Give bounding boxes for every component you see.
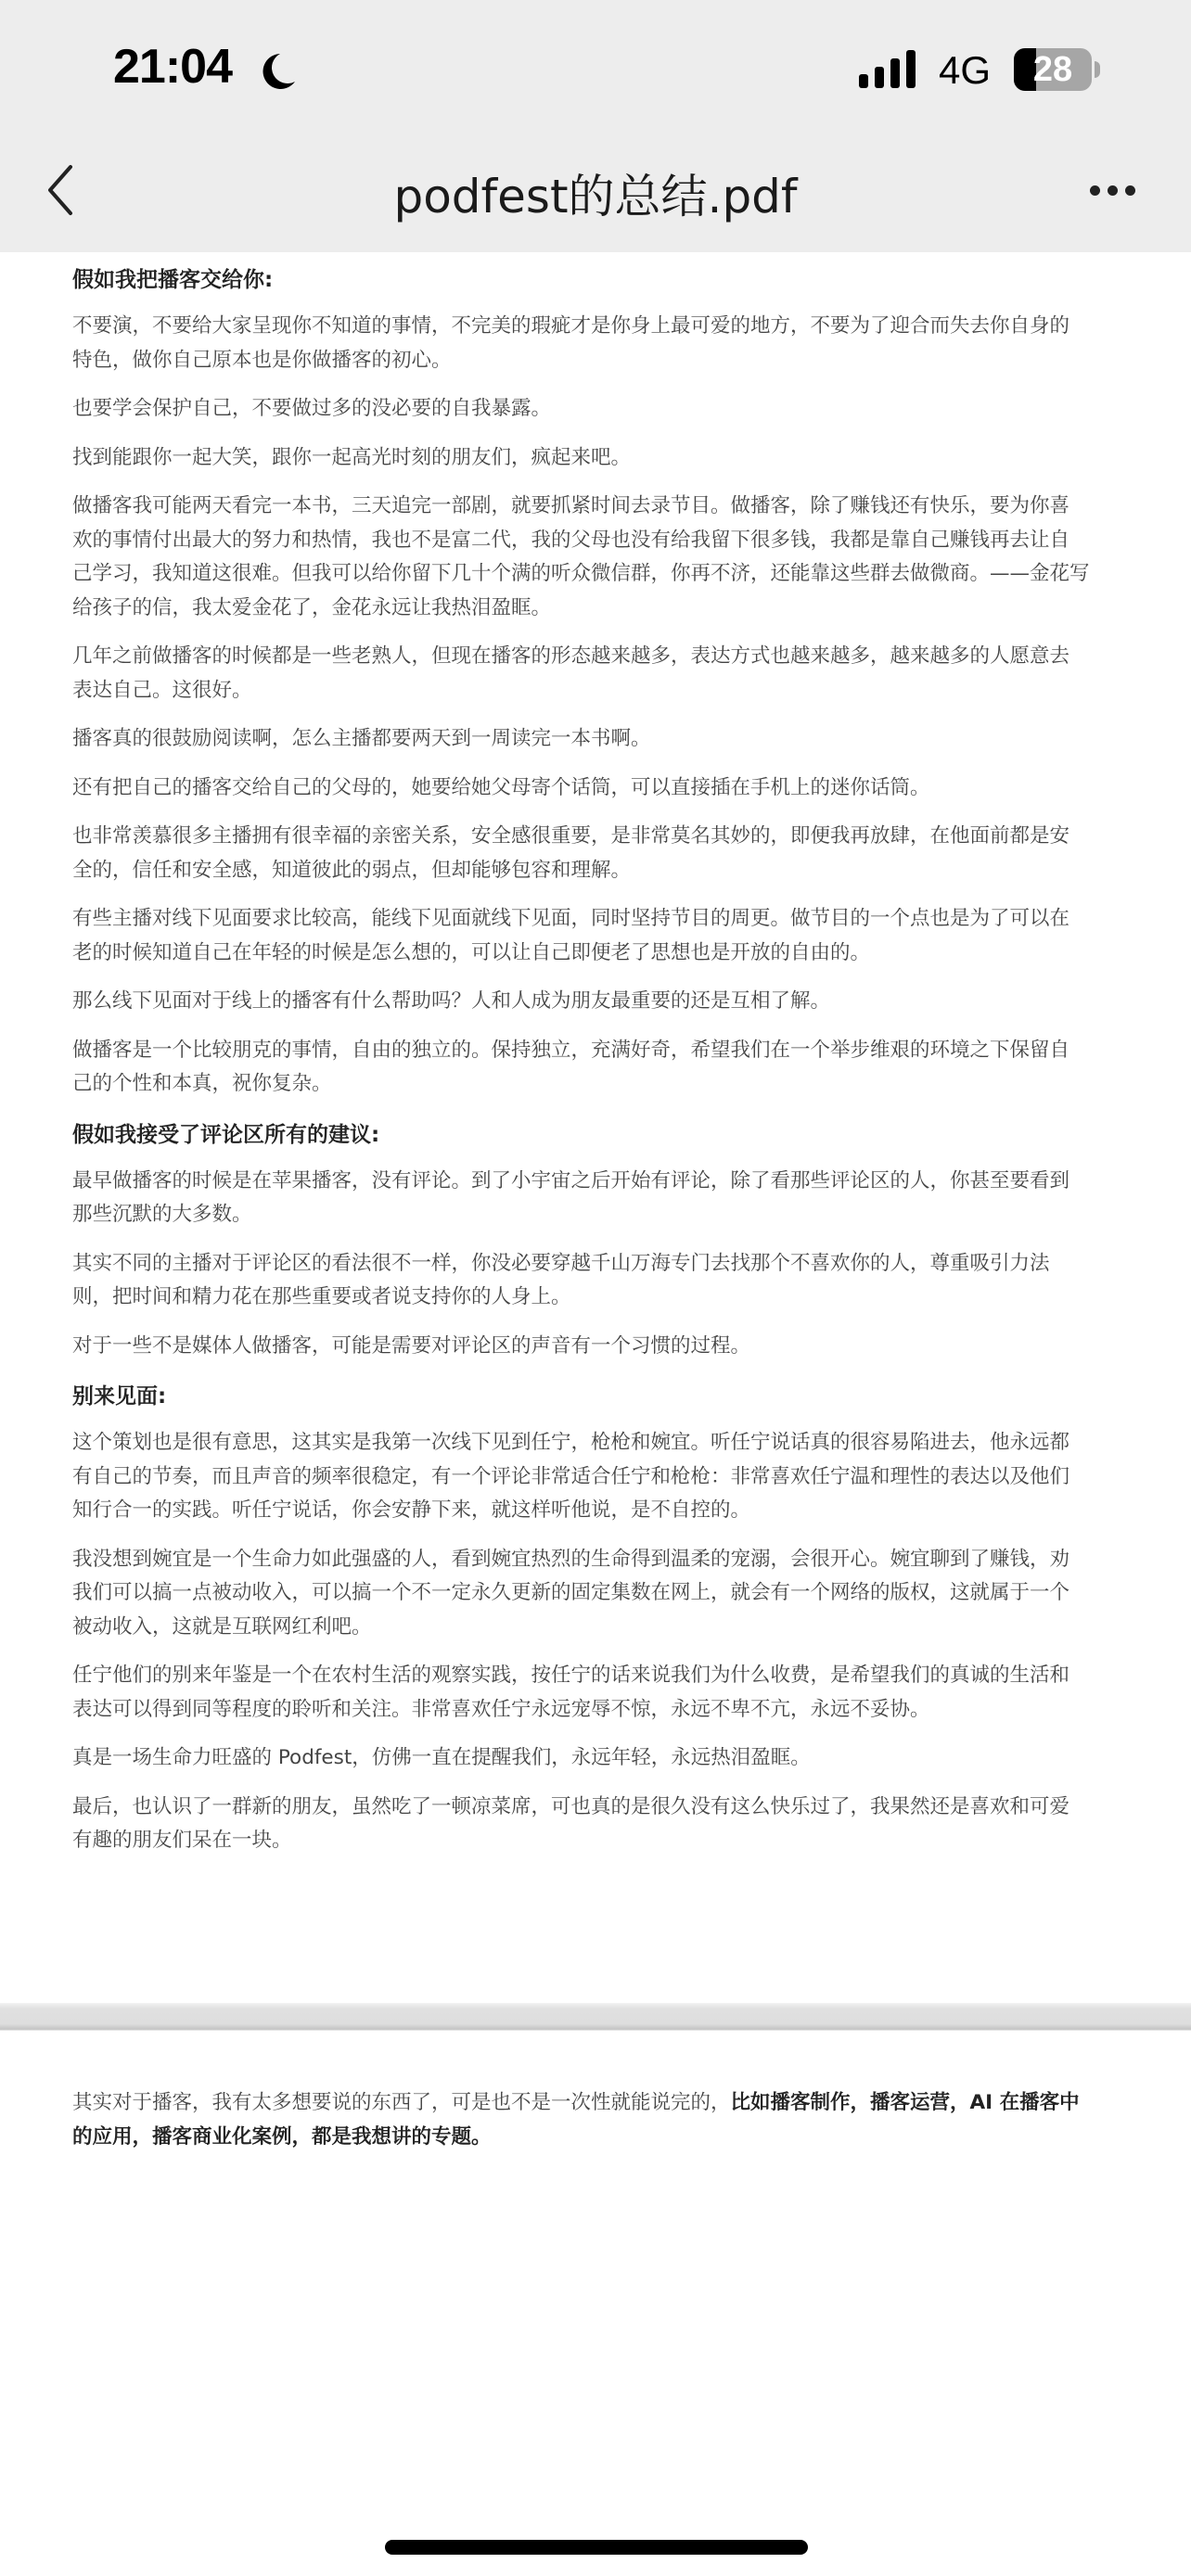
paragraph: 我没想到婉宜是一个生命力如此强盛的人，看到婉宜热烈的生命得到温柔的宠溺，会很开心… [72, 1543, 1121, 1645]
cellular-signal-icon [857, 48, 920, 91]
paragraph-line: 找到能跟你一起大笑，跟你一起高光时刻的朋友们，疯起来吧。 [72, 441, 1121, 476]
paragraph-line: 做播客是一个比较朋克的事情，自由的独立的。保持独立，充满好奇，希望我们在一个举步… [72, 1034, 1121, 1068]
pdf-page-2: 其实对于播客，我有太多想要说的东西了，可是也不是一次性就能说完的，比如播客制作，… [0, 2031, 1191, 2576]
paragraph: 几年之前做播客的时候都是一些老熟人，但现在播客的形态越来越多，表达方式也越来越多… [72, 640, 1121, 708]
paragraph-line: 特色，做你自己原本也是你做播客的初心。 [72, 344, 1121, 378]
document-title: podfest的总结.pdf [223, 159, 968, 226]
paragraph: 找到能跟你一起大笑，跟你一起高光时刻的朋友们，疯起来吧。 [72, 441, 1121, 476]
more-options-button[interactable] [1082, 176, 1143, 204]
paragraph: 对于一些不是媒体人做播客，可能是需要对评论区的声音有一个习惯的过程。 [72, 1330, 1121, 1364]
paragraph: 最后，也认识了一群新的朋友，虽然吃了一顿凉菜席，可也真的是很久没有这么快乐过了，… [72, 1791, 1121, 1858]
paragraph: 有些主播对线下见面要求比较高，能线下见面就线下见面，同时坚持节目的周更。做节目的… [72, 902, 1121, 970]
paragraph-line: 有些主播对线下见面要求比较高，能线下见面就线下见面，同时坚持节目的周更。做节目的… [72, 902, 1121, 937]
paragraph-line: 任宁他们的别来年鉴是一个在农村生活的观察实践，按任宁的话来说我们为什么收费，是希… [72, 1659, 1121, 1693]
ellipsis-icon [1108, 185, 1118, 196]
page-1-content: 假如我把播客交给你:不要演，不要给大家呈现你不知道的事情，不完美的瑕疵才是你身上… [72, 261, 1121, 1873]
page-2-content: 其实对于播客，我有太多想要说的东西了，可是也不是一次性就能说完的，比如播客制作，… [72, 2086, 1121, 2154]
status-time: 21:04 [113, 39, 232, 95]
home-indicator[interactable] [385, 2540, 808, 2555]
paragraph-line: 表达自己。这很好。 [72, 674, 1121, 708]
paragraph: 这个策划也是很有意思，这其实是我第一次线下见到任宁，枪枪和婉宜。听任宁说话真的很… [72, 1426, 1121, 1528]
paragraph: 做播客是一个比较朋克的事情，自由的独立的。保持独立，充满好奇，希望我们在一个举步… [72, 1034, 1121, 1102]
paragraph-line: 我没想到婉宜是一个生命力如此强盛的人，看到婉宜热烈的生命得到温柔的宠溺，会很开心… [72, 1543, 1121, 1577]
ellipsis-icon [1125, 185, 1135, 196]
paragraph-line: 也要学会保护自己，不要做过多的没必要的自我暴露。 [72, 392, 1121, 427]
paragraph: 任宁他们的别来年鉴是一个在农村生活的观察实践，按任宁的话来说我们为什么收费，是希… [72, 1659, 1121, 1727]
paragraph-line: 做播客我可能两天看完一本书，三天追完一部剧，就要抓紧时间去录节目。做播客，除了赚… [72, 490, 1121, 524]
paragraph: 播客真的很鼓励阅读啊，怎么主播都要两天到一周读完一本书啊。 [72, 722, 1121, 757]
paragraph-line: 真是一场生命力旺盛的 Podfest，仿佛一直在提醒我们，永远年轻，永远热泪盈眶… [72, 1741, 1121, 1776]
paragraph-line: 己学习，我知道这很难。但我可以给你留下几十个满的听众微信群，你再不济，还能靠这些… [72, 557, 1121, 592]
paragraph-line: 被动收入，这就是互联网红利吧。 [72, 1611, 1121, 1645]
paragraph-line: 也非常羡慕很多主播拥有很幸福的亲密关系，安全感很重要，是非常莫名其妙的，即便我再… [72, 820, 1121, 854]
section-heading: 别来见面: [72, 1378, 1121, 1415]
paragraph: 那么线下见面对于线上的播客有什么帮助吗？人和人成为朋友最重要的还是互相了解。 [72, 985, 1121, 1019]
paragraph-line: 其实不同的主播对于评论区的看法很不一样，你没必要穿越千山万海专门去找那个不喜欢你… [72, 1247, 1121, 1282]
paragraph-line: 有自己的节奏，而且声音的频率很稳定，有一个评论非常适合任宁和枪枪：非常喜欢任宁温… [72, 1460, 1121, 1495]
section-heading: 假如我把播客交给你: [72, 261, 1121, 299]
paragraph: 最早做播客的时候是在苹果播客，没有评论。到了小宇宙之后开始有评论，除了看那些评论… [72, 1165, 1121, 1232]
paragraph: 还有把自己的播客交给自己的父母的，她要给她父母寄个话筒，可以直接插在手机上的迷你… [72, 772, 1121, 806]
network-type: 4G [939, 48, 991, 93]
paragraph-line: 最后，也认识了一群新的朋友，虽然吃了一顿凉菜席，可也真的是很久没有这么快乐过了，… [72, 1791, 1121, 1825]
paragraph-line: 那么线下见面对于线上的播客有什么帮助吗？人和人成为朋友最重要的还是互相了解。 [72, 985, 1121, 1019]
paragraph-line: 欢的事情付出最大的努力和热情，我也不是富二代，我的父母也没有给我留下很多钱，我都… [72, 524, 1121, 558]
paragraph-line: 我们可以搞一点被动收入，可以搞一个不一定永久更新的固定集数在网上，就会有一个网络… [72, 1576, 1121, 1611]
paragraph-line: 则，把时间和精力花在那些重要或者说支持你的人身上。 [72, 1281, 1121, 1315]
paragraph-line: 有趣的朋友们呆在一块。 [72, 1824, 1121, 1858]
paragraph: 其实对于播客，我有太多想要说的东西了，可是也不是一次性就能说完的，比如播客制作，… [72, 2086, 1121, 2154]
paragraph-line: 最早做播客的时候是在苹果播客，没有评论。到了小宇宙之后开始有评论，除了看那些评论… [72, 1165, 1121, 1199]
pdf-page-1: 假如我把播客交给你:不要演，不要给大家呈现你不知道的事情，不完美的瑕疵才是你身上… [0, 252, 1191, 2003]
paragraph-line: 知行合一的实践。听任宁说话，你会安静下来，就这样听他说，是不自控的。 [72, 1494, 1121, 1528]
paragraph-line: 播客真的很鼓励阅读啊，怎么主播都要两天到一周读完一本书啊。 [72, 722, 1121, 757]
paragraph-line: 几年之前做播客的时候都是一些老熟人，但现在播客的形态越来越多，表达方式也越来越多… [72, 640, 1121, 674]
paragraph-bold-text: 比如播客制作，播客运营，AI 在播客中 [731, 2091, 1080, 2114]
battery-icon: 28 [1014, 48, 1092, 91]
paragraph-line: 老的时候知道自己在年轻的时候是怎么想的，可以让自己即便老了思想也是开放的自由的。 [72, 937, 1121, 971]
paragraph: 也非常羡慕很多主播拥有很幸福的亲密关系，安全感很重要，是非常莫名其妙的，即便我再… [72, 820, 1121, 887]
paragraph: 其实不同的主播对于评论区的看法很不一样，你没必要穿越千山万海专门去找那个不喜欢你… [72, 1247, 1121, 1315]
paragraph: 不要演，不要给大家呈现你不知道的事情，不完美的瑕疵才是你身上最可爱的地方，不要为… [72, 310, 1121, 377]
back-button[interactable] [37, 158, 83, 223]
moon-icon [256, 50, 299, 93]
paragraph-line: 己的个性和本真，祝你复杂。 [72, 1067, 1121, 1102]
paragraph-line: 表达可以得到同等程度的聆听和关注。非常喜欢任宁永远宠辱不惊，永远不卑不亢，永远不… [72, 1693, 1121, 1728]
paragraph: 做播客我可能两天看完一本书，三天追完一部剧，就要抓紧时间去录节目。做播客，除了赚… [72, 490, 1121, 625]
paragraph-line: 还有把自己的播客交给自己的父母的，她要给她父母寄个话筒，可以直接插在手机上的迷你… [72, 772, 1121, 806]
paragraph-line: 对于一些不是媒体人做播客，可能是需要对评论区的声音有一个习惯的过程。 [72, 1330, 1121, 1364]
section-heading: 假如我接受了评论区所有的建议: [72, 1116, 1121, 1154]
battery-percent: 28 [1014, 50, 1092, 90]
paragraph-line: 给孩子的信，我太爱金花了，金花永远让我热泪盈眶。 [72, 592, 1121, 626]
ellipsis-icon [1090, 185, 1100, 196]
battery-tip [1095, 61, 1100, 78]
top-bar: 21:04 4G 28 podfest的总结.pdf [0, 0, 1191, 252]
page-separator [0, 2003, 1191, 2031]
paragraph: 真是一场生命力旺盛的 Podfest，仿佛一直在提醒我们，永远年轻，永远热泪盈眶… [72, 1741, 1121, 1776]
paragraph-line: 不要演，不要给大家呈现你不知道的事情，不完美的瑕疵才是你身上最可爱的地方，不要为… [72, 310, 1121, 344]
paragraph: 也要学会保护自己，不要做过多的没必要的自我暴露。 [72, 392, 1121, 427]
paragraph-text: 其实对于播客，我有太多想要说的东西了，可是也不是一次性就能说完的， [72, 2091, 731, 2114]
paragraph-line: 这个策划也是很有意思，这其实是我第一次线下见到任宁，枪枪和婉宜。听任宁说话真的很… [72, 1426, 1121, 1460]
paragraph-line: 那些沉默的大多数。 [72, 1198, 1121, 1232]
paragraph-line: 全的，信任和安全感，知道彼此的弱点，但却能够包容和理解。 [72, 854, 1121, 888]
paragraph-bold-text: 的应用，播客商业化案例，都是我想讲的专题。 [72, 2125, 492, 2149]
